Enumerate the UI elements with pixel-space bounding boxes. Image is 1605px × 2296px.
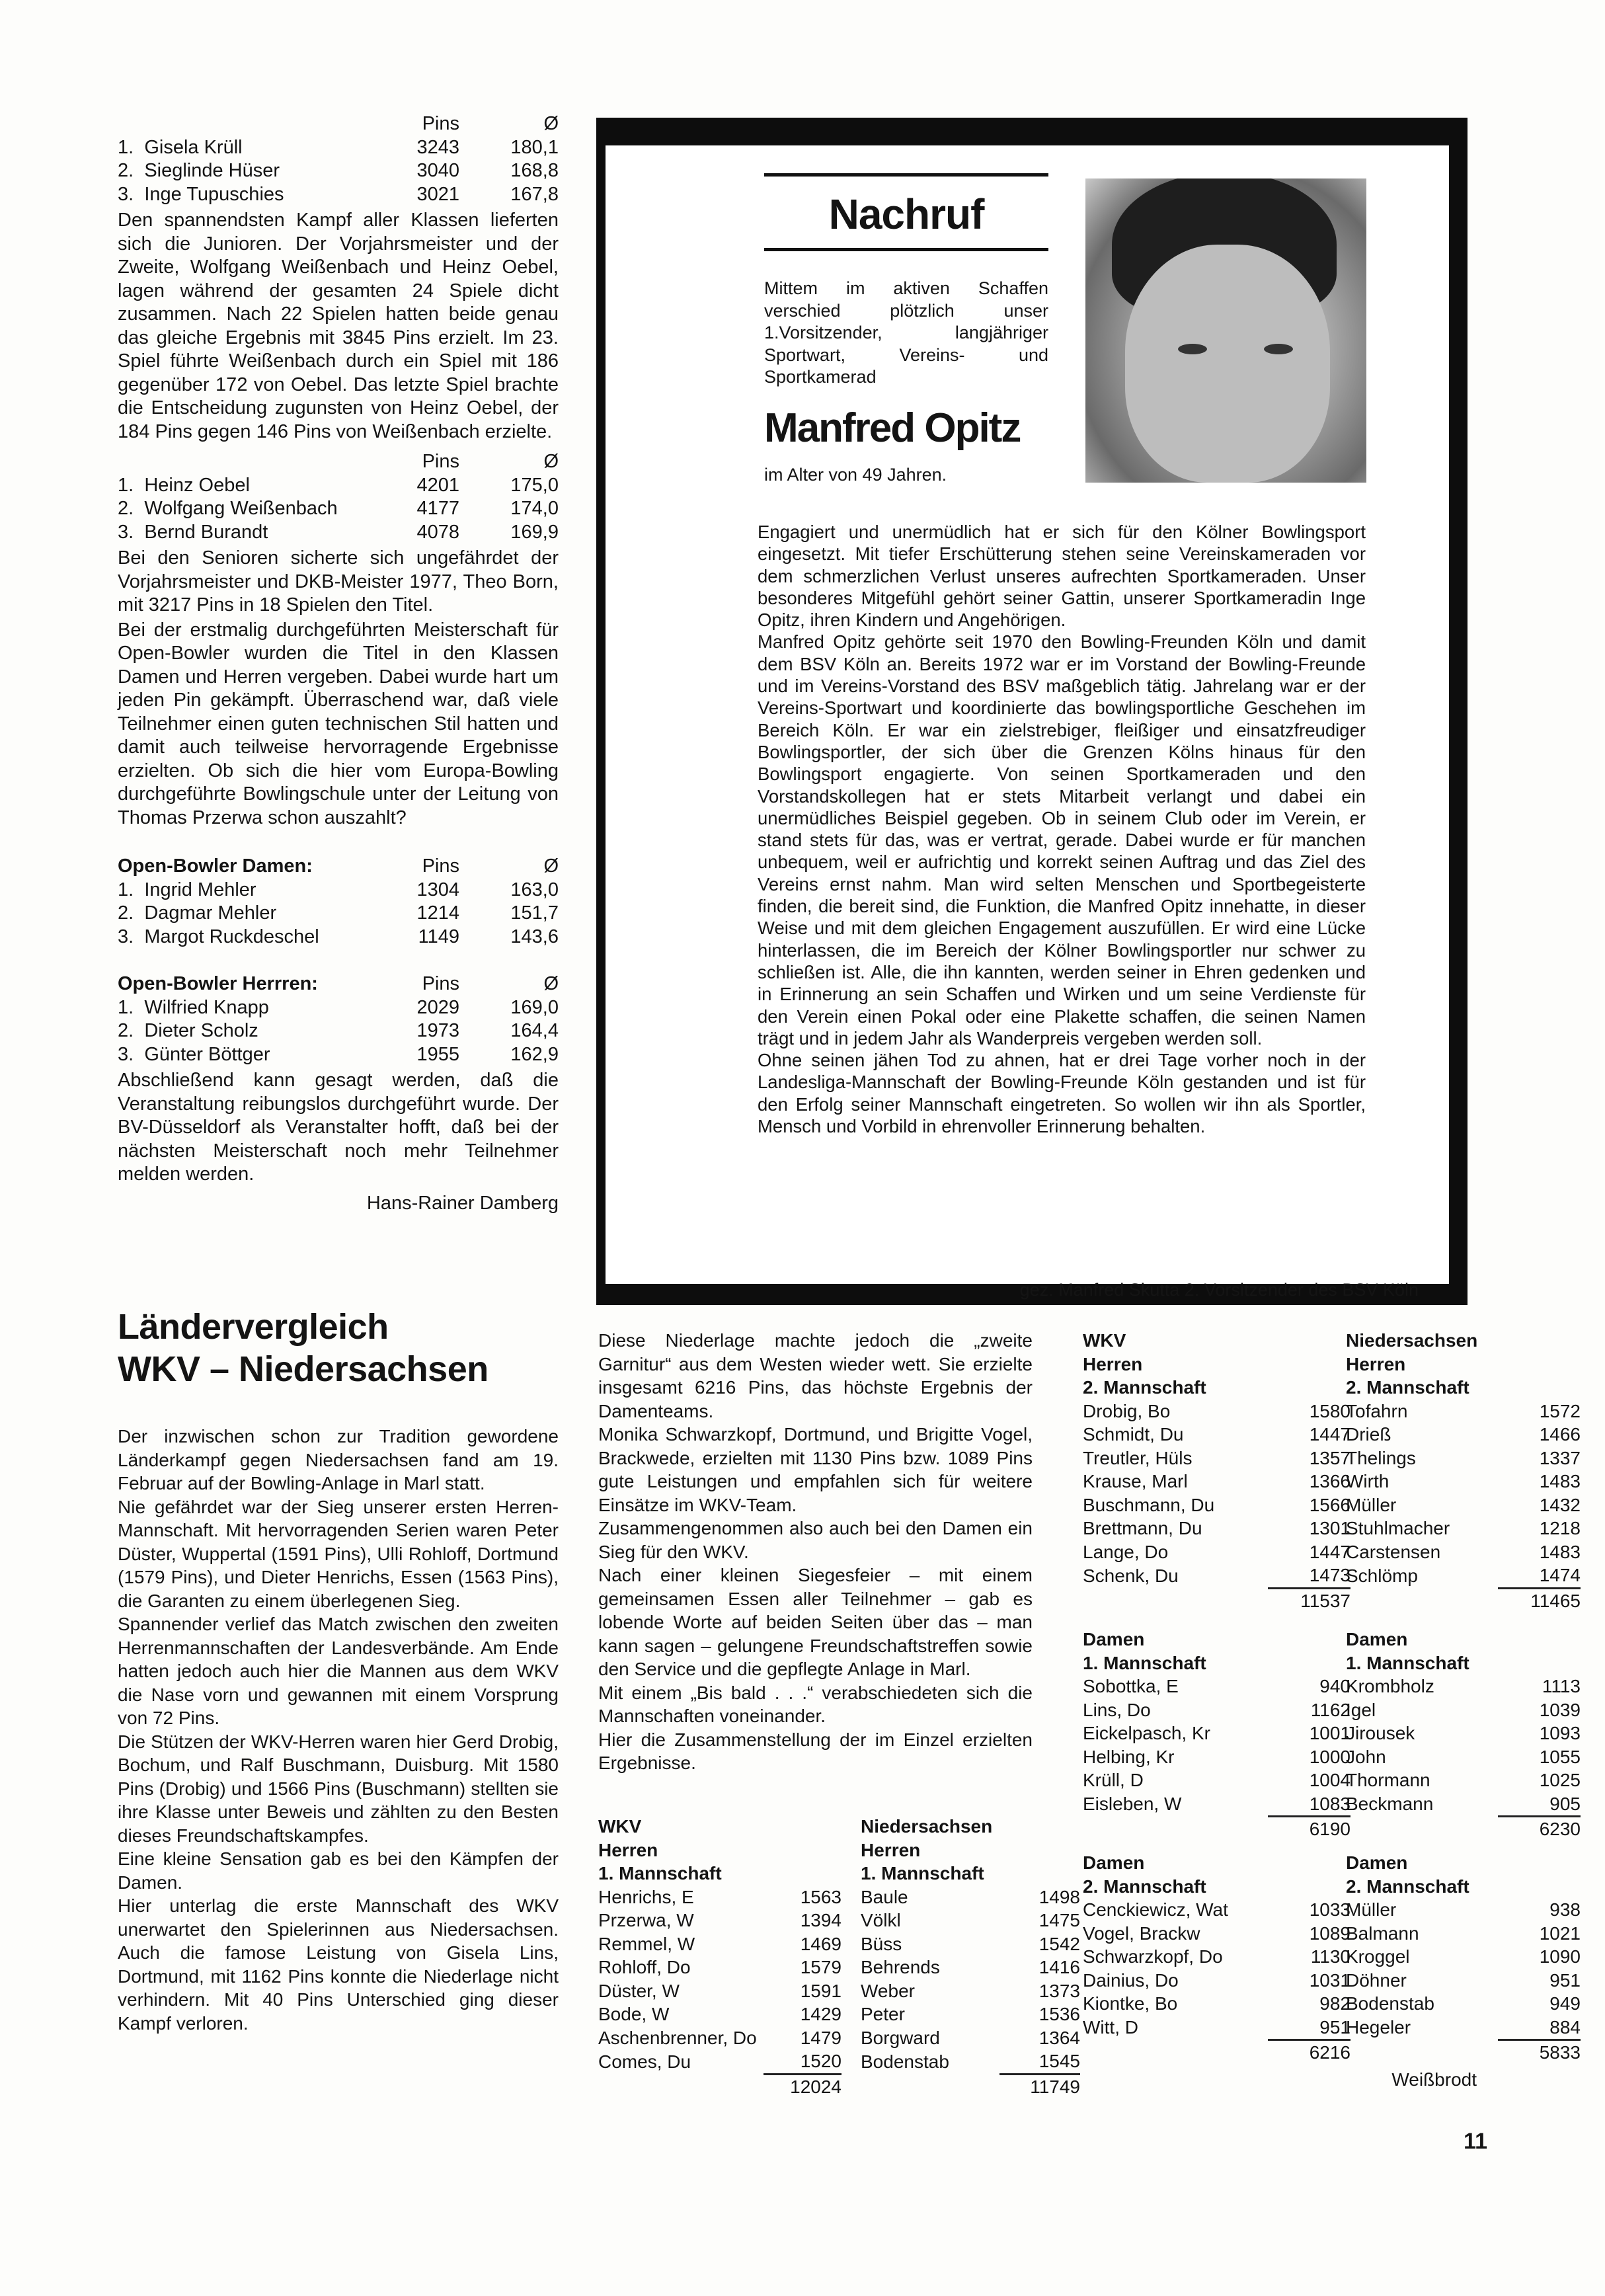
table-row: Völkl1475 (861, 1909, 1080, 1932)
table-row: Carstensen1483 (1346, 1540, 1581, 1564)
player-pins: 1090 (1498, 1945, 1581, 1969)
table-row: Schlömp1474 (1346, 1564, 1581, 1588)
article-paragraph: Zusammengenommen also auch bei den Damen… (598, 1517, 1033, 1564)
results-heading: Herren (1083, 1353, 1351, 1376)
player-name: Lange, Do (1083, 1540, 1268, 1564)
player-pins: 1001 (1268, 1722, 1351, 1745)
closing-paragraph: Abschließend kann gesagt werden, daß die… (118, 1069, 559, 1187)
table-row: Eickelpasch, Kr1001 (1083, 1722, 1351, 1745)
table-header-row: Open-Bowler Herrren: Pins Ø (118, 972, 559, 996)
player-name: Przerwa, W (598, 1909, 763, 1932)
player-pins: 1004 (1268, 1768, 1351, 1792)
player-pins: 1447 (1268, 1423, 1351, 1446)
article-paragraph: Mit einem „Bis bald . . .“ verabschiedet… (598, 1681, 1033, 1728)
player-name: Müller (1346, 1898, 1498, 1922)
player-pins: 1033 (1268, 1898, 1351, 1922)
player-name: Lins, Do (1083, 1698, 1268, 1722)
player-pins: 1089 (1268, 1922, 1351, 1946)
player-pins: 1031 (1268, 1969, 1351, 1993)
table-row: Krombholz1113 (1346, 1675, 1581, 1698)
obituary-title: Nachruf (764, 190, 1048, 239)
player-pins: 1469 (763, 1932, 842, 1956)
player-pins: 1542 (999, 1932, 1080, 1956)
table-row: Borgward1364 (861, 2026, 1080, 2050)
player-pins: 1130 (1268, 1945, 1351, 1969)
obituary-paragraph: Ohne seinen jähen Tod zu ahnen, hat er d… (758, 1049, 1366, 1137)
table-row: Aschenbrenner, Do1479 (598, 2026, 842, 2050)
table-row: Eisleben, W1083 (1083, 1792, 1351, 1817)
portrait-photo (1085, 178, 1366, 483)
player-name: Buschmann, Du (1083, 1493, 1268, 1517)
player-pins: 949 (1498, 1992, 1581, 2016)
player-pins: 1000 (1268, 1745, 1351, 1769)
player-name: Behrends (861, 1956, 999, 1979)
results-heading: Damen (1346, 1628, 1581, 1651)
player-name: Beckmann (1346, 1792, 1498, 1817)
player-name: Dainius, Do (1083, 1969, 1268, 1993)
table-row: Remmel, W1469 (598, 1932, 842, 1956)
article-paragraph: Spannender verlief das Match zwischen de… (118, 1612, 559, 1730)
results-damen2-niedersachsen: Damen2. MannschaftMüller938Balmann1021Kr… (1346, 1851, 1581, 2065)
open-bowler-paragraph: Bei der erstmalig durchgeführten Meister… (118, 619, 559, 830)
table-row: Treutler, Hüls1357 (1083, 1446, 1351, 1470)
player-name: Bodenstab (861, 2049, 999, 2074)
table-row: Behrends1416 (861, 1956, 1080, 1979)
table-row: Jirousek1093 (1346, 1722, 1581, 1745)
player-name: Thelings (1346, 1446, 1498, 1470)
table-row: Kroggel1090 (1346, 1945, 1581, 1969)
player-pins: 1536 (999, 2002, 1080, 2026)
table-row: 3. Bernd Burandt4078169,9 (118, 521, 559, 545)
table-row: 2. Wolfgang Weißenbach4177174,0 (118, 497, 559, 521)
player-name: Igel (1346, 1698, 1498, 1722)
table-row: Schmidt, Du1447 (1083, 1423, 1351, 1446)
table-row: Thelings1337 (1346, 1446, 1581, 1470)
championship-results-column: Pins Ø 1. Gisela Krüll3243180,1 2. Siegl… (118, 112, 559, 1215)
player-pins: 884 (1498, 2016, 1581, 2040)
team-total: 11749 (999, 2074, 1080, 2098)
open-damen-table: Open-Bowler Damen: Pins Ø 1. Ingrid Mehl… (118, 855, 559, 949)
player-name: Brettmann, Du (1083, 1517, 1268, 1540)
table-row: Beckmann905 (1346, 1792, 1581, 1817)
player-pins: 1025 (1498, 1768, 1581, 1792)
results-damen1-niedersachsen: Damen1. MannschaftKrombholz1113Igel1039J… (1346, 1628, 1581, 1841)
results-heading: Damen (1346, 1851, 1581, 1875)
junioren-paragraph: Den spannendsten Kampf aller Klassen lie… (118, 209, 559, 444)
table-row: Müller1432 (1346, 1493, 1581, 1517)
player-name: Treutler, Hüls (1083, 1446, 1268, 1470)
player-pins: 1572 (1498, 1400, 1581, 1423)
player-pins: 1520 (763, 2049, 842, 2074)
player-pins: 951 (1268, 2016, 1351, 2040)
table-row: Krause, Marl1366 (1083, 1470, 1351, 1493)
player-name: Bodenstab (1346, 1992, 1498, 2016)
table-row: Henrichs, E1563 (598, 1885, 842, 1909)
table-row: Drieß1466 (1346, 1423, 1581, 1446)
junioren-table: Pins Ø 1. Heinz Oebel4201175,0 2. Wolfga… (118, 450, 559, 544)
table-row: Lange, Do1447 (1083, 1540, 1351, 1564)
article-paragraph: Nach einer kleinen Siegesfeier – mit ein… (598, 1564, 1033, 1681)
player-pins: 1373 (999, 1979, 1080, 2003)
article-paragraph: Hier die Zusammenstellung der im Einzel … (598, 1728, 1033, 1775)
senioren-paragraph: Bei den Senioren sicherte sich ungefährd… (118, 547, 559, 617)
player-name: Remmel, W (598, 1932, 763, 1956)
player-name: Thormann (1346, 1768, 1498, 1792)
player-name: Stuhlmacher (1346, 1517, 1498, 1540)
table-row: Balmann1021 (1346, 1922, 1581, 1946)
table-row: 1. Gisela Krüll3243180,1 (118, 136, 559, 160)
results-heading: Niedersachsen (861, 1815, 1080, 1839)
player-name: John (1346, 1745, 1498, 1769)
player-name: Balmann (1346, 1922, 1498, 1946)
team-total: 11465 (1498, 1588, 1581, 1612)
article-paragraph: Eine kleine Sensation gab es bei den Käm… (118, 1847, 559, 1894)
table-header-row: Open-Bowler Damen: Pins Ø (118, 855, 559, 879)
results-heading: 1. Mannschaft (1083, 1651, 1351, 1675)
divider (764, 248, 1048, 251)
table-header-row: Pins Ø (118, 450, 559, 474)
average-header: Ø (459, 112, 559, 136)
team-total: 6230 (1498, 1817, 1581, 1841)
player-pins: 1083 (1268, 1792, 1351, 1817)
table-row: Dainius, Do1031 (1083, 1969, 1351, 1993)
player-name: Müller (1346, 1493, 1498, 1517)
player-pins: 1301 (1268, 1517, 1351, 1540)
article-body-middle: Diese Niederlage machte jedoch die „zwei… (598, 1329, 1033, 1775)
player-name: Drieß (1346, 1423, 1498, 1446)
team-total: 6216 (1268, 2040, 1351, 2065)
table-row: Drobig, Bo1580 (1083, 1400, 1351, 1423)
results-heading: 1. Mannschaft (1346, 1651, 1581, 1675)
obituary-intro: Mittem im aktiven Schaffen verschied plö… (764, 278, 1048, 389)
article-author: Weißbrodt (1391, 2069, 1477, 2090)
table-row: Cenckiewicz, Wat1033 (1083, 1898, 1351, 1922)
table-row: Krüll, D1004 (1083, 1768, 1351, 1792)
results-heading: 2. Mannschaft (1346, 1875, 1581, 1899)
player-name: Baule (861, 1885, 999, 1909)
team-total: 12024 (763, 2074, 842, 2098)
player-pins: 1113 (1498, 1675, 1581, 1698)
article-paragraph: Diese Niederlage machte jedoch die „zwei… (598, 1329, 1033, 1423)
player-pins: 982 (1268, 1992, 1351, 2016)
player-pins: 938 (1498, 1898, 1581, 1922)
table-row: John1055 (1346, 1745, 1581, 1769)
results-herren1-wkv: WKVHerren1. MannschaftHenrichs, E1563Prz… (598, 1815, 842, 2098)
table-row: Tofahrn1572 (1346, 1400, 1581, 1423)
player-name: Rohloff, Do (598, 1956, 763, 1979)
results-heading: 1. Mannschaft (861, 1862, 1080, 1885)
article-paragraph: Nie gefährdet war der Sieg unserer erste… (118, 1495, 559, 1613)
results-heading: Herren (861, 1839, 1080, 1862)
player-pins: 1563 (763, 1885, 842, 1909)
player-name: Peter (861, 2002, 999, 2026)
player-pins: 1579 (763, 1956, 842, 1979)
player-name: Döhner (1346, 1969, 1498, 1993)
article-title: Ländervergleich WKV – Niedersachsen (118, 1306, 489, 1390)
article-paragraph: Hier unterlag die erste Mannschaft des W… (118, 1894, 559, 2035)
table-row: Bode, W1429 (598, 2002, 842, 2026)
player-name: Schmidt, Du (1083, 1423, 1268, 1446)
table-row: Witt, D951 (1083, 2016, 1351, 2040)
table-row: 3. Günter Böttger1955162,9 (118, 1043, 559, 1067)
results-heading: Damen (1083, 1628, 1351, 1651)
player-name: Borgward (861, 2026, 999, 2050)
results-heading: WKV (598, 1815, 842, 1839)
player-name: Henrichs, E (598, 1885, 763, 1909)
player-name: Hegeler (1346, 2016, 1498, 2040)
player-name: Eickelpasch, Kr (1083, 1722, 1268, 1745)
results-herren1-niedersachsen: NiedersachsenHerren1. MannschaftBaule149… (861, 1815, 1080, 2098)
player-name: Tofahrn (1346, 1400, 1498, 1423)
results-heading: Herren (598, 1839, 842, 1862)
player-pins: 1580 (1268, 1400, 1351, 1423)
player-pins: 1394 (763, 1909, 842, 1932)
player-name: Carstensen (1346, 1540, 1498, 1564)
table-row: 3. Inge Tupuschies3021167,8 (118, 183, 559, 207)
player-pins: 1474 (1498, 1564, 1581, 1588)
table-row: Baule1498 (861, 1885, 1080, 1909)
player-pins: 1447 (1268, 1540, 1351, 1564)
player-name: Drobig, Bo (1083, 1400, 1268, 1423)
player-pins: 1021 (1498, 1922, 1581, 1946)
table-row: Lins, Do1162 (1083, 1698, 1351, 1722)
obituary-signature: gez. Manfred Skutta 2. Vorsitzender des … (1020, 1280, 1419, 1300)
player-pins: 1416 (999, 1956, 1080, 1979)
player-name: Kiontke, Bo (1083, 1992, 1268, 2016)
table-row: Weber1373 (861, 1979, 1080, 2003)
player-pins: 1466 (1498, 1423, 1581, 1446)
player-pins: 940 (1268, 1675, 1351, 1698)
results-heading: 2. Mannschaft (1083, 1376, 1351, 1400)
player-name: Schenk, Du (1083, 1564, 1268, 1588)
player-pins: 1475 (999, 1909, 1080, 1932)
results-heading: 1. Mannschaft (598, 1862, 842, 1885)
table-row: Stuhlmacher1218 (1346, 1517, 1581, 1540)
player-pins: 951 (1498, 1969, 1581, 1993)
table-row: Vogel, Brackw1089 (1083, 1922, 1351, 1946)
results-damen1-wkv: Damen1. MannschaftSobottka, E940Lins, Do… (1083, 1628, 1351, 1841)
article-paragraph: Monika Schwarzkopf, Dortmund, und Brigit… (598, 1423, 1033, 1517)
deceased-name: Manfred Opitz (764, 405, 1048, 452)
table-row: 2. Dieter Scholz1973164,4 (118, 1019, 559, 1043)
section-heading: Open-Bowler Herrren: (118, 972, 387, 996)
player-pins: 905 (1498, 1792, 1581, 1817)
player-pins: 1218 (1498, 1517, 1581, 1540)
juniorinnen-table: Pins Ø 1. Gisela Krüll3243180,1 2. Siegl… (118, 112, 559, 206)
player-name: Krause, Marl (1083, 1470, 1268, 1493)
results-herren2-niedersachsen: NiedersachsenHerren2. MannschaftTofahrn1… (1346, 1329, 1581, 1612)
table-row: Bodenstab1545 (861, 2049, 1080, 2074)
page-number: 11 (1464, 2129, 1487, 2155)
player-name: Comes, Du (598, 2049, 763, 2074)
table-row: Buschmann, Du1566 (1083, 1493, 1351, 1517)
player-pins: 1364 (999, 2026, 1080, 2050)
results-heading: Niedersachsen (1346, 1329, 1581, 1353)
player-pins: 1357 (1268, 1446, 1351, 1470)
player-name: Vogel, Brackw (1083, 1922, 1268, 1946)
obituary-paragraph: Engagiert und unermüdlich hat er sich fü… (758, 521, 1366, 631)
table-row: Peter1536 (861, 2002, 1080, 2026)
article-body-left: Der inzwischen schon zur Tradition gewor… (118, 1425, 559, 2035)
pins-header: Pins (387, 112, 459, 136)
table-row: Przerwa, W1394 (598, 1909, 842, 1932)
player-name: Völkl (861, 1909, 999, 1932)
table-row: Hegeler884 (1346, 2016, 1581, 2040)
section-heading: Open-Bowler Damen: (118, 855, 387, 879)
results-herren2-wkv: WKVHerren2. MannschaftDrobig, Bo1580Schm… (1083, 1329, 1351, 1612)
table-row: Thormann1025 (1346, 1768, 1581, 1792)
player-pins: 1429 (763, 2002, 842, 2026)
player-name: Krombholz (1346, 1675, 1498, 1698)
player-pins: 1039 (1498, 1698, 1581, 1722)
table-row: 1. Ingrid Mehler1304163,0 (118, 879, 559, 902)
player-name: Schlömp (1346, 1564, 1498, 1588)
table-row: Döhner951 (1346, 1969, 1581, 1993)
player-pins: 1366 (1268, 1470, 1351, 1493)
table-row: 1. Heinz Oebel4201175,0 (118, 474, 559, 498)
table-row: Schenk, Du1473 (1083, 1564, 1351, 1588)
player-pins: 1473 (1268, 1564, 1351, 1588)
results-heading: WKV (1083, 1329, 1351, 1353)
table-row: Sobottka, E940 (1083, 1675, 1351, 1698)
team-total: 11537 (1268, 1588, 1351, 1612)
player-name: Cenckiewicz, Wat (1083, 1898, 1268, 1922)
table-row: Schwarzkopf, Do1130 (1083, 1945, 1351, 1969)
table-row: 3. Margot Ruckdeschel1149143,6 (118, 926, 559, 949)
team-total: 6190 (1268, 1817, 1351, 1841)
player-pins: 1093 (1498, 1722, 1581, 1745)
table-row: Rohloff, Do1579 (598, 1956, 842, 1979)
table-row: Comes, Du1520 (598, 2049, 842, 2074)
player-name: Bode, W (598, 2002, 763, 2026)
player-name: Kroggel (1346, 1945, 1498, 1969)
player-pins: 1498 (999, 1885, 1080, 1909)
player-name: Düster, W (598, 1979, 763, 2003)
results-heading: Damen (1083, 1851, 1351, 1875)
player-name: Schwarzkopf, Do (1083, 1945, 1268, 1969)
player-pins: 1162 (1268, 1698, 1351, 1722)
player-name: Weber (861, 1979, 999, 2003)
results-heading: 2. Mannschaft (1346, 1376, 1581, 1400)
article-paragraph: Der inzwischen schon zur Tradition gewor… (118, 1425, 559, 1495)
player-name: Krüll, D (1083, 1768, 1268, 1792)
player-pins: 1483 (1498, 1470, 1581, 1493)
table-row: Brettmann, Du1301 (1083, 1517, 1351, 1540)
table-row: Kiontke, Bo982 (1083, 1992, 1351, 2016)
open-herren-table: Open-Bowler Herrren: Pins Ø 1. Wilfried … (118, 972, 559, 1066)
table-row: 2. Dagmar Mehler1214151,7 (118, 902, 559, 926)
table-row: Helbing, Kr1000 (1083, 1745, 1351, 1769)
divider (764, 173, 1048, 177)
obituary-header: Nachruf Mittem im aktiven Schaffen versc… (764, 173, 1048, 485)
player-name: Büss (861, 1932, 999, 1956)
obituary-body: Engagiert und unermüdlich hat er sich fü… (758, 521, 1366, 1137)
player-name: Helbing, Kr (1083, 1745, 1268, 1769)
player-pins: 1545 (999, 2049, 1080, 2074)
player-pins: 1591 (763, 1979, 842, 2003)
table-row: Bodenstab949 (1346, 1992, 1581, 2016)
table-row: 1. Wilfried Knapp2029169,0 (118, 996, 559, 1020)
player-name: Wirth (1346, 1470, 1498, 1493)
table-row: Igel1039 (1346, 1698, 1581, 1722)
player-pins: 1055 (1498, 1745, 1581, 1769)
player-name: Witt, D (1083, 2016, 1268, 2040)
player-name: Aschenbrenner, Do (598, 2026, 763, 2050)
player-pins: 1483 (1498, 1540, 1581, 1564)
age-line: im Alter von 49 Jahren. (764, 465, 1048, 485)
table-row: Wirth1483 (1346, 1470, 1581, 1493)
results-heading: Herren (1346, 1353, 1581, 1376)
player-pins: 1337 (1498, 1446, 1581, 1470)
table-header-row: Pins Ø (118, 112, 559, 136)
table-row: Müller938 (1346, 1898, 1581, 1922)
player-pins: 1432 (1498, 1493, 1581, 1517)
article-paragraph: Die Stützen der WKV-Herren waren hier Ge… (118, 1730, 559, 1848)
author-byline: Hans-Rainer Damberg (118, 1192, 559, 1216)
player-name: Eisleben, W (1083, 1792, 1268, 1817)
player-name: Jirousek (1346, 1722, 1498, 1745)
obituary-box: Nachruf Mittem im aktiven Schaffen versc… (596, 118, 1468, 1305)
player-pins: 1479 (763, 2026, 842, 2050)
table-row: 2. Sieglinde Hüser3040168,8 (118, 159, 559, 183)
player-pins: 1566 (1268, 1493, 1351, 1517)
results-damen2-wkv: Damen2. MannschaftCenckiewicz, Wat1033Vo… (1083, 1851, 1351, 2065)
table-row: Büss1542 (861, 1932, 1080, 1956)
player-name: Sobottka, E (1083, 1675, 1268, 1698)
results-heading: 2. Mannschaft (1083, 1875, 1351, 1899)
obituary-paragraph: Manfred Opitz gehörte seit 1970 den Bowl… (758, 631, 1366, 1049)
team-total: 5833 (1498, 2040, 1581, 2065)
table-row: Düster, W1591 (598, 1979, 842, 2003)
